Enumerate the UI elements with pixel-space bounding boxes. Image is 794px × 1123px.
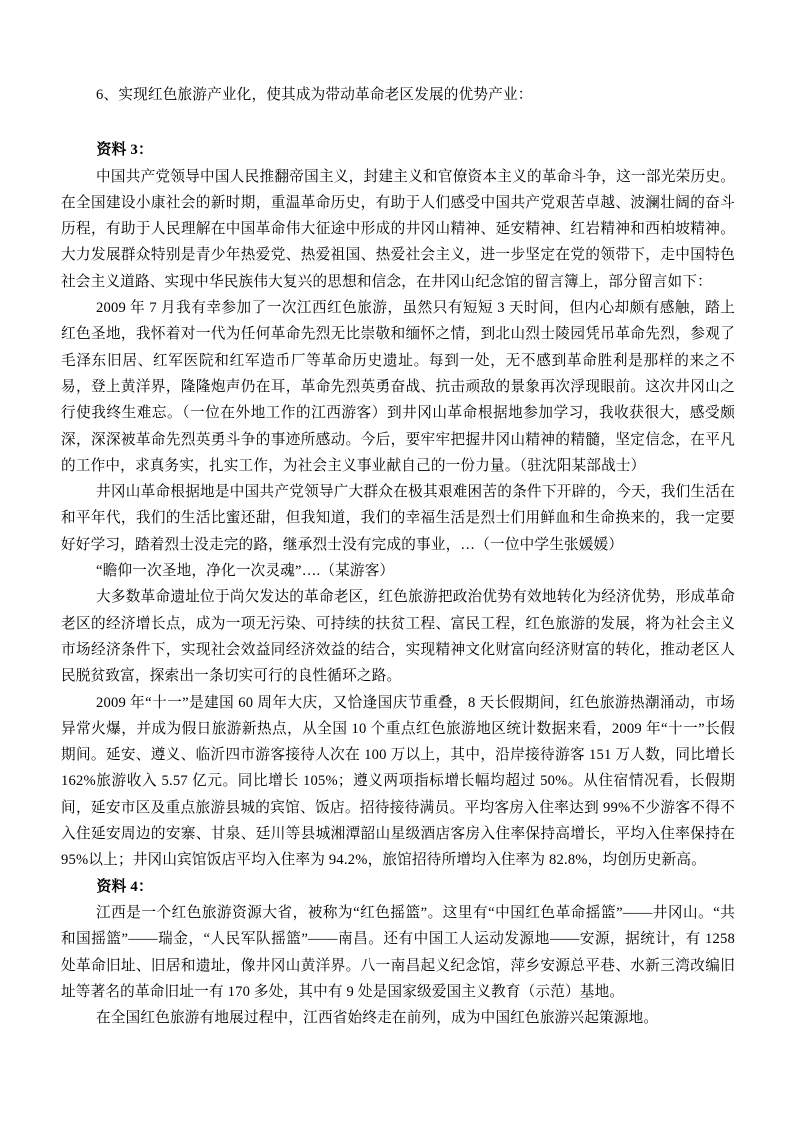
material-3-paragraph-3: 井冈山革命根据地是中国共产党领导广大群众在极其艰难困苦的条件下开辟的，今天，我们… <box>61 479 735 558</box>
material-4-paragraph-1: 江西是一个红色旅游资源大省，被称为“红色摇篮”。这里有“中国红色革命摇篮”——井… <box>61 900 735 1005</box>
material-3-paragraph-2: 2009 年 7 月我有幸参加了一次江西红色旅游，虽然只有短短 3 天时间，但内… <box>61 295 735 479</box>
material-3-heading: 资料 3： <box>61 137 735 163</box>
document-body: 6、实现红色旅游产业化，使其成为带动革命老区发展的优势产业： 资料 3： 中国共… <box>61 82 735 1031</box>
document-page: 6、实现红色旅游产业化，使其成为带动革命老区发展的优势产业： 资料 3： 中国共… <box>0 0 794 1123</box>
material-3-paragraph-4: “瞻仰一次圣地，净化一次灵魂”….（某游客） <box>61 558 735 584</box>
material-4-heading: 资料 4： <box>61 874 735 900</box>
intro-line: 6、实现红色旅游产业化，使其成为带动革命老区发展的优势产业： <box>61 82 735 108</box>
material-4-paragraph-2: 在全国红色旅游有地展过程中，江西省始终走在前列，成为中国红色旅游兴起策源地。 <box>61 1005 735 1031</box>
material-3-paragraph-1: 中国共产党领导中国人民推翻帝国主义，封建主义和官僚资本主义的革命斗争，这一部光荣… <box>61 164 735 295</box>
material-3-paragraph-5: 大多数革命遗址位于尚欠发达的革命老区，红色旅游把政治优势有效地转化为经济优势，形… <box>61 584 735 689</box>
material-3-paragraph-6: 2009 年“十一”是建国 60 周年大庆，又恰逢国庆节重叠，8 天长假期间，红… <box>61 690 735 874</box>
